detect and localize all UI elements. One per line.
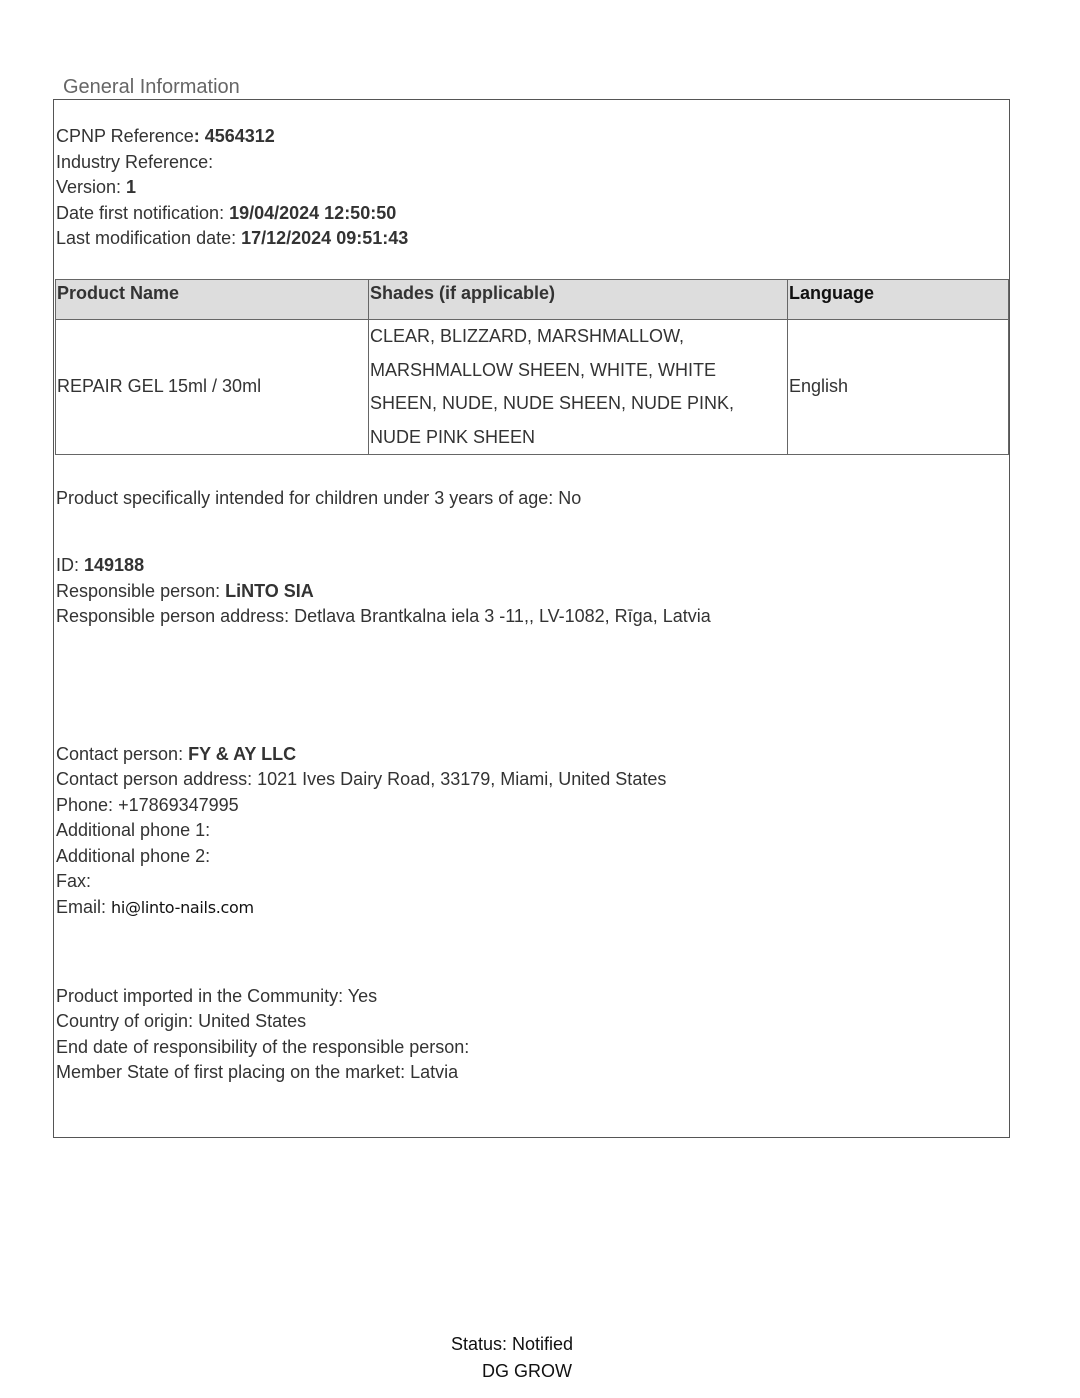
children-value: No: [558, 488, 581, 508]
end-date-row: End date of responsibility of the respon…: [56, 1035, 469, 1061]
last-modification-row: Last modification date: 17/12/2024 09:51…: [56, 226, 408, 252]
contact-person-row: Contact person: FY & AY LLC: [56, 742, 296, 768]
industry-reference-label: Industry Reference:: [56, 152, 213, 172]
responsible-person-label: Responsible person:: [56, 581, 225, 601]
additional-phone-2-label: Additional phone 2:: [56, 846, 210, 866]
children-row: Product specifically intended for childr…: [56, 486, 581, 512]
section-title: General Information: [63, 74, 240, 100]
organization-text: DG GROW: [482, 1359, 572, 1383]
header-shades: Shades (if applicable): [369, 280, 788, 320]
fax-row: Fax:: [56, 869, 91, 895]
children-label: Product specifically intended for childr…: [56, 488, 558, 508]
responsible-address-row: Responsible person address: Detlava Bran…: [56, 604, 711, 630]
header-product-name: Product Name: [56, 280, 369, 320]
additional-phone-1-row: Additional phone 1:: [56, 818, 210, 844]
header-language: Language: [788, 280, 1009, 320]
language-cell: English: [788, 320, 1009, 455]
responsible-id-row: ID: 149188: [56, 553, 144, 579]
products-table-header: Product Name Shades (if applicable) Lang…: [56, 280, 1009, 320]
phone-row: Phone: +17869347995: [56, 793, 239, 819]
general-information-box: CPNP Reference: 4564312 Industry Referen…: [53, 99, 1010, 1138]
email-row: Email: hi@linto-nails.com: [56, 895, 254, 921]
phone-label: Phone:: [56, 795, 118, 815]
fax-label: Fax:: [56, 871, 91, 891]
country-of-origin-label: Country of origin:: [56, 1011, 198, 1031]
member-state-label: Member State of first placing on the mar…: [56, 1062, 410, 1082]
contact-person-value: FY & AY LLC: [188, 744, 296, 764]
end-date-label: End date of responsibility of the respon…: [56, 1037, 469, 1057]
imported-label: Product imported in the Community:: [56, 986, 348, 1006]
last-modification-label: Last modification date:: [56, 228, 241, 248]
version-label: Version:: [56, 177, 126, 197]
email-label: Email:: [56, 897, 111, 917]
imported-row: Product imported in the Community: Yes: [56, 984, 377, 1010]
responsible-id-label: ID:: [56, 555, 84, 575]
cpnp-reference-label: CPNP Reference: [56, 126, 194, 146]
member-state-row: Member State of first placing on the mar…: [56, 1060, 458, 1086]
first-notification-row: Date first notification: 19/04/2024 12:5…: [56, 201, 396, 227]
responsible-id-value: 149188: [84, 555, 144, 575]
responsible-person-value: LiNTO SIA: [225, 581, 314, 601]
industry-reference-row: Industry Reference:: [56, 150, 213, 176]
first-notification-label: Date first notification:: [56, 203, 229, 223]
contact-address-label: Contact person address:: [56, 769, 257, 789]
table-row: REPAIR GEL 15ml / 30ml CLEAR, BLIZZARD, …: [56, 320, 1009, 455]
contact-address-value: 1021 Ives Dairy Road, 33179, Miami, Unit…: [257, 769, 666, 789]
country-of-origin-value: United States: [198, 1011, 306, 1031]
product-name-cell: REPAIR GEL 15ml / 30ml: [56, 320, 369, 455]
cpnp-reference-row: CPNP Reference: 4564312: [56, 124, 275, 150]
contact-address-row: Contact person address: 1021 Ives Dairy …: [56, 767, 666, 793]
responsible-address-label: Responsible person address:: [56, 606, 294, 626]
phone-value: +17869347995: [118, 795, 239, 815]
version-row: Version: 1: [56, 175, 136, 201]
first-notification-value: 19/04/2024 12:50:50: [229, 203, 396, 223]
products-table: Product Name Shades (if applicable) Lang…: [55, 279, 1009, 455]
responsible-address-value: Detlava Brantkalna iela 3 -11,, LV-1082,…: [294, 606, 711, 626]
imported-value: Yes: [348, 986, 377, 1006]
member-state-value: Latvia: [410, 1062, 458, 1082]
cpnp-reference-value: : 4564312: [194, 126, 275, 146]
contact-person-label: Contact person:: [56, 744, 188, 764]
additional-phone-2-row: Additional phone 2:: [56, 844, 210, 870]
status-text: Status: Notified: [451, 1332, 573, 1356]
country-of-origin-row: Country of origin: United States: [56, 1009, 306, 1035]
email-value: hi@linto-nails.com: [111, 898, 254, 917]
version-value: 1: [126, 177, 136, 197]
shades-cell: CLEAR, BLIZZARD, MARSHMALLOW, MARSHMALLO…: [369, 320, 788, 455]
additional-phone-1-label: Additional phone 1:: [56, 820, 210, 840]
responsible-person-row: Responsible person: LiNTO SIA: [56, 579, 314, 605]
last-modification-value: 17/12/2024 09:51:43: [241, 228, 408, 248]
